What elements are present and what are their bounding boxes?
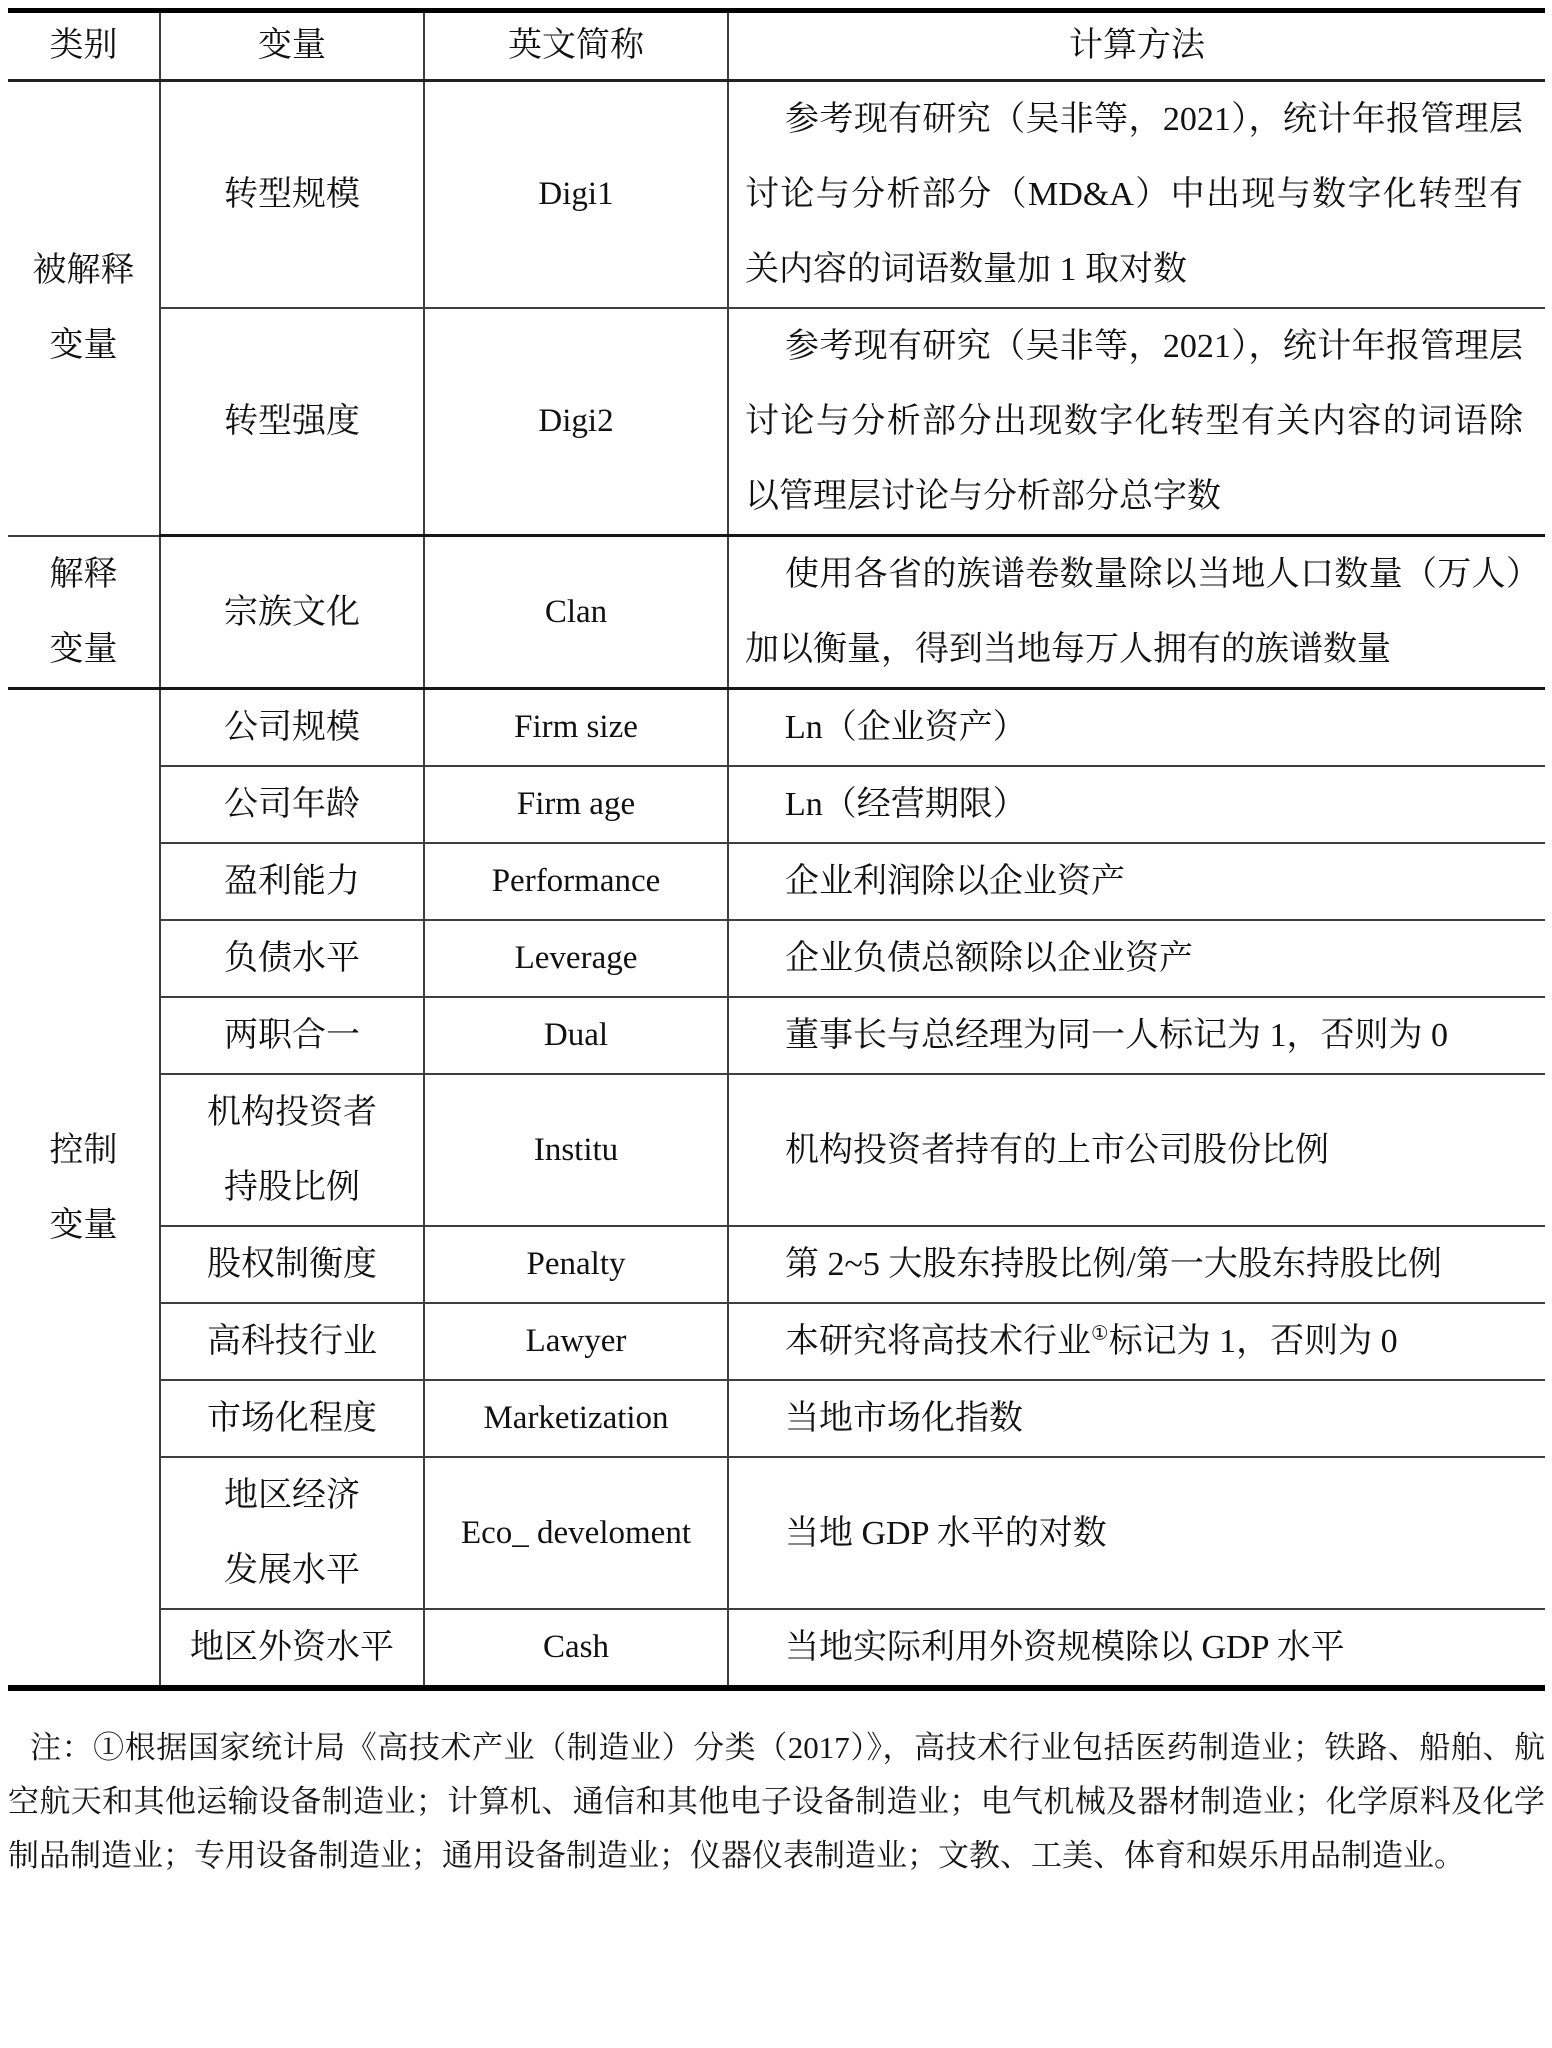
table-row: 转型强度 Digi2 参考现有研究（吴非等，2021），统计年报管理层讨论与分析…: [8, 308, 1545, 536]
method-cell: 参考现有研究（吴非等，2021），统计年报管理层讨论与分析部分（MD&A）中出现…: [728, 81, 1545, 309]
method-cell: 当地实际利用外资规模除以 GDP 水平: [728, 1609, 1545, 1688]
variable-cell: 宗族文化: [160, 536, 424, 689]
table-footnote: 注：①根据国家统计局《高技术产业（制造业）分类（2017）》，高技术行业包括医药…: [8, 1721, 1545, 1883]
method-text-before-footnote: 本研究将高技术行业: [785, 1323, 1091, 1360]
table-row: 盈利能力 Performance 企业利润除以企业资产: [8, 843, 1545, 920]
abbreviation-cell: Firm age: [424, 766, 728, 843]
variable-cell: 负债水平: [160, 920, 424, 997]
method-cell: Ln（企业资产）: [728, 689, 1545, 767]
method-text-after-footnote: 标记为 1，否则为 0: [1109, 1323, 1398, 1360]
table-row: 两职合一 Dual 董事长与总经理为同一人标记为 1，否则为 0: [8, 997, 1545, 1074]
table-row: 地区经济 发展水平 Eco_ develoment 当地 GDP 水平的对数: [8, 1457, 1545, 1609]
variable-cell: 股权制衡度: [160, 1226, 424, 1303]
col-header-variable: 变量: [160, 11, 424, 81]
method-cell: 参考现有研究（吴非等，2021），统计年报管理层讨论与分析部分出现数字化转型有关…: [728, 308, 1545, 536]
table-row: 地区外资水平 Cash 当地实际利用外资规模除以 GDP 水平: [8, 1609, 1545, 1688]
abbreviation-cell: Institu: [424, 1074, 728, 1226]
abbreviation-cell: Leverage: [424, 920, 728, 997]
col-header-method: 计算方法: [728, 11, 1545, 81]
table-row: 机构投资者 持股比例 Institu 机构投资者持有的上市公司股份比例: [8, 1074, 1545, 1226]
col-header-category: 类别: [8, 11, 160, 81]
method-cell: 当地市场化指数: [728, 1380, 1545, 1457]
category-cell: 解释 变量: [8, 536, 160, 689]
method-cell: 企业负债总额除以企业资产: [728, 920, 1545, 997]
col-header-abbreviation: 英文简称: [424, 11, 728, 81]
variables-definition-table: 类别 变量 英文简称 计算方法 被解释 变量 转型规模 Digi1 参考现有研究…: [8, 8, 1545, 1691]
method-cell: 机构投资者持有的上市公司股份比例: [728, 1074, 1545, 1226]
table-row: 市场化程度 Marketization 当地市场化指数: [8, 1380, 1545, 1457]
category-cell: 控制 变量: [8, 689, 160, 1689]
table-row: 股权制衡度 Penalty 第 2~5 大股东持股比例/第一大股东持股比例: [8, 1226, 1545, 1303]
method-cell: 第 2~5 大股东持股比例/第一大股东持股比例: [728, 1226, 1545, 1303]
abbreviation-cell: Digi1: [424, 81, 728, 309]
table-row: 高科技行业 Lawyer 本研究将高技术行业①标记为 1，否则为 0: [8, 1303, 1545, 1380]
method-cell: Ln（经营期限）: [728, 766, 1545, 843]
abbreviation-cell: Firm size: [424, 689, 728, 767]
abbreviation-cell: Digi2: [424, 308, 728, 536]
table-row: 被解释 变量 转型规模 Digi1 参考现有研究（吴非等，2021），统计年报管…: [8, 81, 1545, 309]
variable-cell: 盈利能力: [160, 843, 424, 920]
abbreviation-cell: Penalty: [424, 1226, 728, 1303]
variable-cell: 转型规模: [160, 81, 424, 309]
method-cell: 使用各省的族谱卷数量除以当地人口数量（万人）加以衡量，得到当地每万人拥有的族谱数…: [728, 536, 1545, 689]
abbreviation-cell: Marketization: [424, 1380, 728, 1457]
footnote-label: 注：: [30, 1730, 93, 1765]
variable-cell: 市场化程度: [160, 1380, 424, 1457]
abbreviation-cell: Clan: [424, 536, 728, 689]
variable-cell: 地区经济 发展水平: [160, 1457, 424, 1609]
table-row: 负债水平 Leverage 企业负债总额除以企业资产: [8, 920, 1545, 997]
footnote-marker-superscript: ①: [1091, 1323, 1109, 1345]
table-row: 公司年龄 Firm age Ln（经营期限）: [8, 766, 1545, 843]
abbreviation-cell: Eco_ develoment: [424, 1457, 728, 1609]
variable-cell: 高科技行业: [160, 1303, 424, 1380]
variable-cell: 地区外资水平: [160, 1609, 424, 1688]
table-row: 控制 变量 公司规模 Firm size Ln（企业资产）: [8, 689, 1545, 767]
category-cell: 被解释 变量: [8, 81, 160, 536]
abbreviation-cell: Dual: [424, 997, 728, 1074]
abbreviation-cell: Cash: [424, 1609, 728, 1688]
header-row: 类别 变量 英文简称 计算方法: [8, 11, 1545, 81]
method-cell: 董事长与总经理为同一人标记为 1，否则为 0: [728, 997, 1545, 1074]
abbreviation-cell: Performance: [424, 843, 728, 920]
variable-cell: 公司规模: [160, 689, 424, 767]
table-row: 解释 变量 宗族文化 Clan 使用各省的族谱卷数量除以当地人口数量（万人）加以…: [8, 536, 1545, 689]
variable-cell: 转型强度: [160, 308, 424, 536]
footnote-text: ①根据国家统计局《高技术产业（制造业）分类（2017）》，高技术行业包括医药制造…: [8, 1730, 1545, 1873]
variable-cell: 公司年龄: [160, 766, 424, 843]
method-cell: 企业利润除以企业资产: [728, 843, 1545, 920]
variable-cell: 两职合一: [160, 997, 424, 1074]
method-cell: 当地 GDP 水平的对数: [728, 1457, 1545, 1609]
variable-cell: 机构投资者 持股比例: [160, 1074, 424, 1226]
document-page: 类别 变量 英文简称 计算方法 被解释 变量 转型规模 Digi1 参考现有研究…: [0, 0, 1552, 2048]
method-cell: 本研究将高技术行业①标记为 1，否则为 0: [728, 1303, 1545, 1380]
abbreviation-cell: Lawyer: [424, 1303, 728, 1380]
